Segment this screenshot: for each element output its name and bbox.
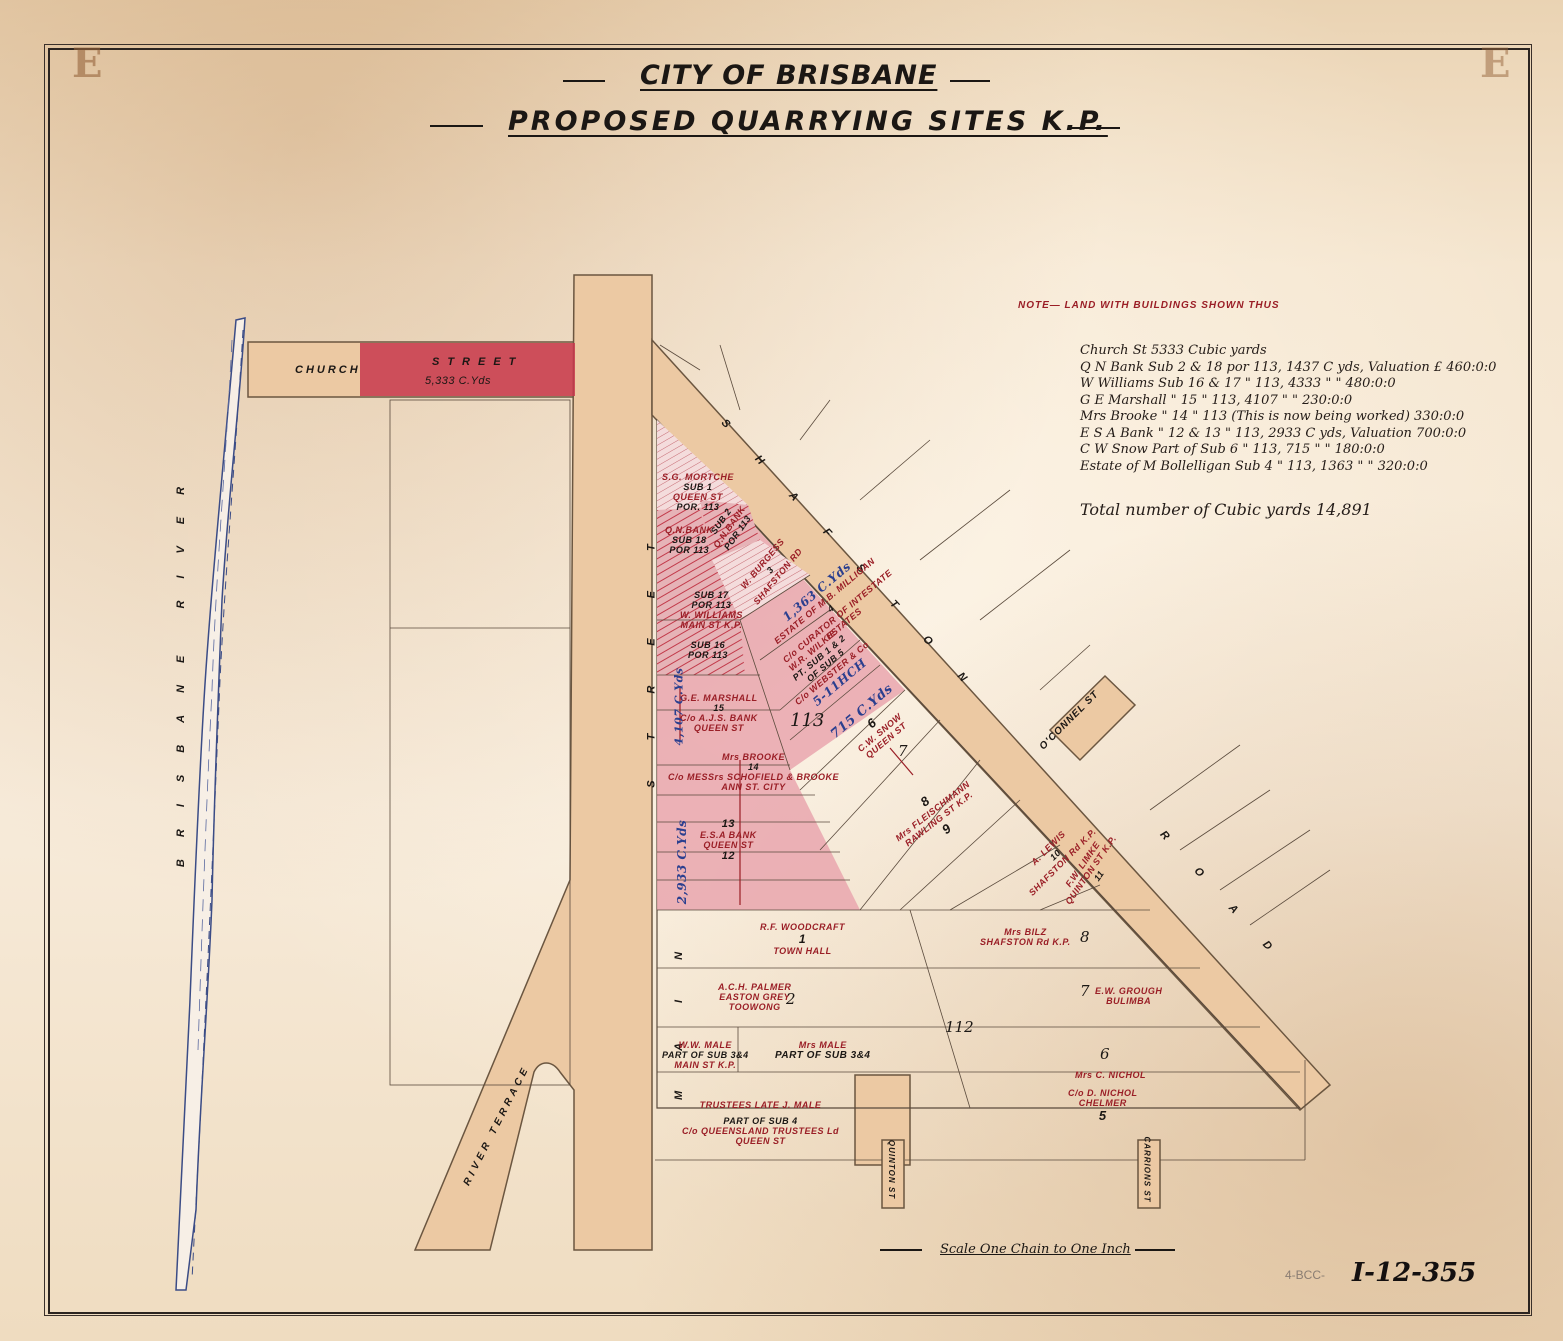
lot-bilz: Mrs BILZSHAFSTON Rd K.P. — [980, 927, 1071, 947]
lot-grough: E.W. GROUGHBULIMBA — [1095, 986, 1162, 1006]
corner-mark: E — [72, 40, 103, 87]
lot-woodcraft: R.F. WOODCRAFT1TOWN HALL — [760, 922, 845, 956]
ledger-row: G E Marshall " 15 " 113, 4107 " " 230:0:… — [1080, 393, 1496, 410]
lot-sub1: S.G. MORTCHESUB 1 QUEEN STPOR. 113 — [662, 472, 734, 512]
corner-mark-right: E — [1480, 40, 1511, 87]
quarry-ledger: Church St 5333 Cubic yards Q N Bank Sub … — [1080, 343, 1496, 475]
ledger-row: W Williams Sub 16 & 17 " 113, 4333 " " 4… — [1080, 376, 1496, 393]
lot-sub15-cyds: 4,107 C.Yds — [672, 668, 685, 746]
carrions-street-label: CARRIONS ST — [1143, 1136, 1152, 1202]
lot-palmer: A.C.H. PALMEREASTON GREYTOOWONG — [718, 982, 791, 1012]
church-street-cyds: 5,333 C.Yds — [425, 375, 491, 387]
lot-sub7: 7 — [898, 742, 908, 760]
lot-sub14: Mrs BROOKE14 C/o MESSrs SCHOFIELD & BROO… — [668, 752, 839, 792]
main-street-label: STREET — [646, 504, 658, 787]
portion-113: 113 — [790, 710, 824, 731]
portion-112: 112 — [945, 1018, 974, 1036]
scale-label: Scale One Chain to One Inch — [940, 1242, 1131, 1257]
church-label: CHURCH — [295, 364, 361, 376]
brisbane-river-label: BRISBANE RIVER — [175, 465, 187, 867]
ledger-row: E S A Bank " 12 & 13 " 113, 2933 C yds, … — [1080, 426, 1496, 443]
lot-sub16: SUB 16POR 113 — [688, 640, 728, 660]
lot-mrsmale: Mrs MALEPART OF SUB 3&4 — [775, 1040, 870, 1061]
lot-nichol6: Mrs C. NICHOL — [1075, 1070, 1146, 1080]
church-street-label: STREET — [432, 356, 523, 368]
ledger-row: C W Snow Part of Sub 6 " 113, 715 " " 18… — [1080, 442, 1496, 459]
lot-nichol6-number: 6 — [1100, 1045, 1110, 1063]
lot-sub15: G.E. MARSHALL15 C/o A.J.S. BANKQUEEN ST — [680, 693, 758, 733]
lot-palmer-number: 2 — [786, 990, 796, 1008]
ledger-row: Q N Bank Sub 2 & 18 por 113, 1437 C yds,… — [1080, 360, 1496, 377]
lot-nichol5: C/o D. NICHOLCHELMER5 — [1068, 1088, 1138, 1123]
ledger-row: Mrs Brooke " 14 " 113 (This is now being… — [1080, 409, 1496, 426]
lot-sub13: 13E.S.A BANK QUEEN ST12 — [700, 818, 757, 862]
map-subtitle: Proposed Quarrying Sites K.P. — [508, 106, 1108, 137]
reference-number: I-12-355 — [1352, 1258, 1476, 1288]
ledger-total: Total number of Cubic yards 14,891 — [1080, 500, 1372, 519]
main-street-road — [415, 275, 652, 1250]
lot-sub13-cyds: 2,933 C.Yds — [675, 820, 689, 904]
lot-trustees: TRUSTEES LATE J. MALEPART OF SUB 4 C/o Q… — [682, 1100, 839, 1146]
ledger-row: Estate of M Bollelligan Sub 4 " 113, 136… — [1080, 459, 1496, 476]
map-title: City of Brisbane — [640, 60, 937, 91]
lot-wwmale: W.W. MALEPART OF SUB 3&4MAIN ST K.P. — [662, 1040, 749, 1070]
quinton-street-label: QUINTON ST — [887, 1140, 896, 1199]
legend-note: NOTE— LAND WITH BUILDINGS SHOWN THUS — [1018, 300, 1280, 311]
lot-sub17: SUB 17POR 113 W. WILLIAMSMAIN ST K.P. — [680, 590, 743, 630]
reference-prefix: 4-BCC- — [1285, 1268, 1325, 1282]
lot-bilz-number: 8 — [1080, 928, 1090, 946]
main-label: MAIN — [673, 912, 685, 1100]
church-street-quarry — [360, 343, 575, 396]
lot-grough-number: 7 — [1080, 982, 1090, 1000]
ledger-row: Church St 5333 Cubic yards — [1080, 343, 1496, 360]
